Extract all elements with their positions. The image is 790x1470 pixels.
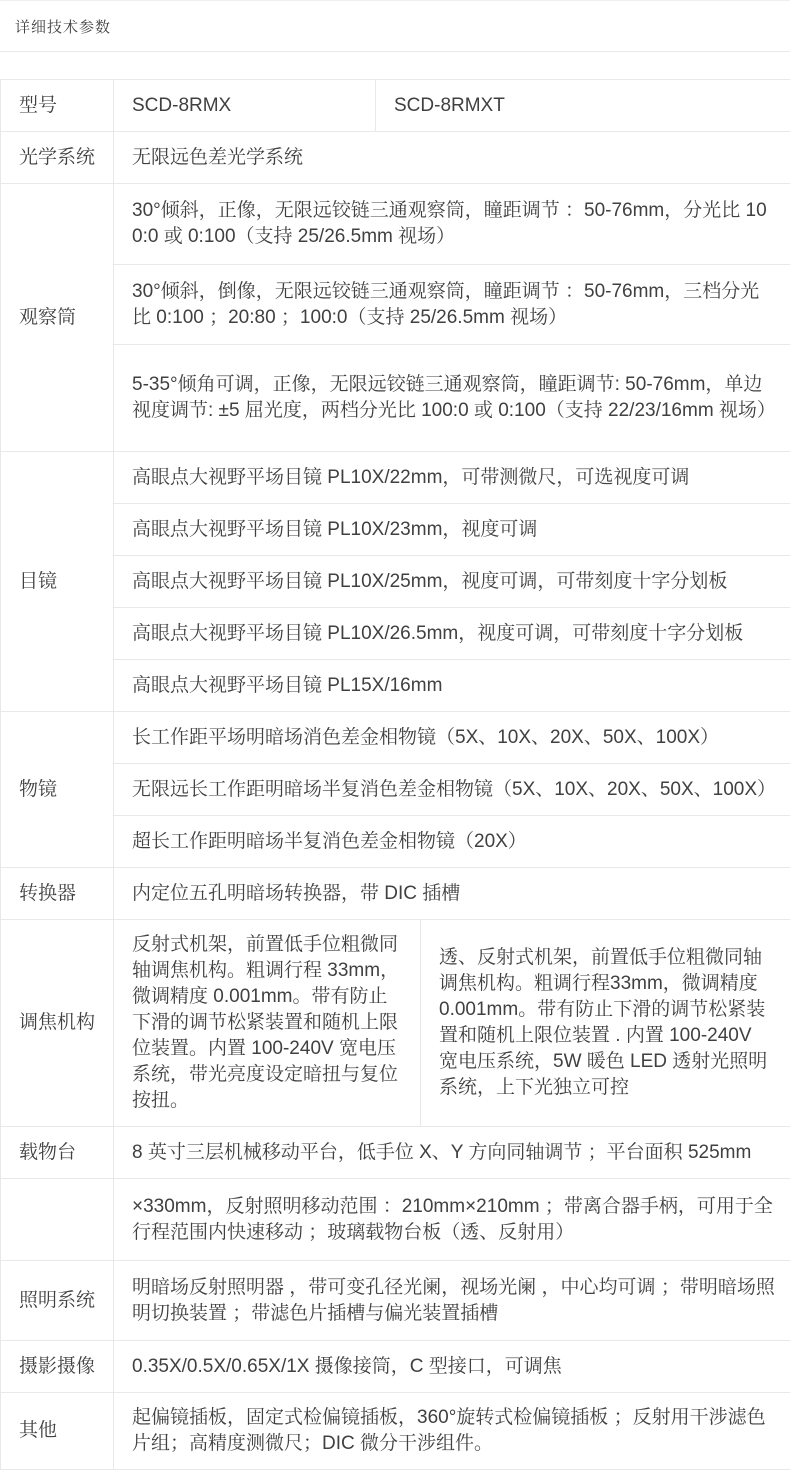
spec-row-camera: 摄影摄像 0.35X/0.5X/0.65X/1X 摄像接筒，C 型接口，可调焦: [1, 1341, 790, 1393]
spec-row-objective-2: 无限远长工作距明暗场半复消色差金相物镜（5X、10X、20X、50X、100X）: [1, 764, 790, 816]
nosepiece-value: 内定位五孔明暗场转换器，带 DIC 插槽: [114, 868, 790, 920]
spec-label-optical-system: 光学系统: [1, 132, 114, 184]
illumination-value: 明暗场反射照明器 ，带可变孔径光阑，视场光阑 ，中心均可调 ；带明暗场照明切换装…: [114, 1261, 790, 1341]
objective-item-3: 超长工作距明暗场半复消色差金相物镜（20X）: [114, 816, 790, 868]
stage-row-2: ×330mm，反射照明移动范围 ：210mm×210mm ；带离合器手柄，可用于…: [114, 1179, 790, 1261]
spec-label-illumination: 照明系统: [1, 1261, 114, 1341]
spec-row-stage-2: ×330mm，反射照明移动范围 ：210mm×210mm ；带离合器手柄，可用于…: [1, 1179, 790, 1261]
focusing-column-scd-8rmx: 反射式机架，前置低手位粗微同轴调焦机构。粗调行程 33mm，微调精度 0.001…: [114, 920, 421, 1127]
spec-row-focusing: 调焦机构 反射式机架，前置低手位粗微同轴调焦机构。粗调行程 33mm，微调精度 …: [1, 920, 790, 1127]
spec-row-objective-1: 物镜 长工作距平场明暗场消色差金相物镜（5X、10X、20X、50X、100X）: [1, 712, 790, 764]
spec-label-stage: 载物台: [1, 1127, 114, 1179]
spec-row-observation-tube-2: 30°倾斜，倒像，无限远铰链三通观察筒，瞳距调节 ：50-76mm，三档分光比 …: [1, 265, 790, 345]
spec-label-nosepiece: 转换器: [1, 868, 114, 920]
spec-row-observation-tube-3: 5-35°倾角可调，正像，无限远铰链三通观察筒，瞳距调节: 50-76mm，单边…: [1, 345, 790, 452]
spec-label-model: 型号: [1, 80, 114, 132]
spec-row-eyepiece-4: 高眼点大视野平场目镜 PL10X/26.5mm，视度可调，可带刻度十字分划板: [1, 608, 790, 660]
model-value-scd-8rmx: SCD-8RMX: [114, 80, 376, 132]
objective-item-2: 无限远长工作距明暗场半复消色差金相物镜（5X、10X、20X、50X、100X）: [114, 764, 790, 816]
spec-row-other: 其他 起偏镜插板，固定式检偏镜插板，360°旋转式检偏镜插板 ；反射用干涉滤色片…: [1, 1393, 790, 1470]
spec-label-other: 其他: [1, 1393, 114, 1470]
spec-row-eyepiece-5: 高眼点大视野平场目镜 PL15X/16mm: [1, 660, 790, 712]
eyepiece-item-4: 高眼点大视野平场目镜 PL10X/26.5mm，视度可调，可带刻度十字分划板: [114, 608, 790, 660]
page-title-bar: 详细技术参数: [0, 0, 790, 52]
camera-value: 0.35X/0.5X/0.65X/1X 摄像接筒，C 型接口，可调焦: [114, 1341, 790, 1393]
spec-label-camera: 摄影摄像: [1, 1341, 114, 1393]
spec-row-eyepiece-3: 高眼点大视野平场目镜 PL10X/25mm，视度可调，可带刻度十字分划板: [1, 556, 790, 608]
spec-row-model: 型号 SCD-8RMX SCD-8RMXT: [1, 80, 790, 132]
spec-label-objective: 物镜: [1, 712, 114, 868]
eyepiece-item-1: 高眼点大视野平场目镜 PL10X/22mm，可带测微尺，可选视度可调: [114, 452, 790, 504]
spec-label-observation-tube: 观察筒: [1, 184, 114, 452]
other-value: 起偏镜插板，固定式检偏镜插板，360°旋转式检偏镜插板 ；反射用干涉滤色片组；高…: [114, 1393, 790, 1470]
spec-row-eyepiece-1: 目镜 高眼点大视野平场目镜 PL10X/22mm，可带测微尺，可选视度可调: [1, 452, 790, 504]
page-title: 详细技术参数: [15, 16, 111, 37]
spec-row-illumination: 照明系统 明暗场反射照明器 ，带可变孔径光阑，视场光阑 ，中心均可调 ；带明暗场…: [1, 1261, 790, 1341]
eyepiece-item-3: 高眼点大视野平场目镜 PL10X/25mm，视度可调，可带刻度十字分划板: [114, 556, 790, 608]
objective-item-1: 长工作距平场明暗场消色差金相物镜（5X、10X、20X、50X、100X）: [114, 712, 790, 764]
spec-row-objective-3: 超长工作距明暗场半复消色差金相物镜（20X）: [1, 816, 790, 868]
stage-row-1: 8 英寸三层机械移动平台，低手位 X、Y 方向同轴调节 ；平台面积 525mm: [114, 1127, 790, 1179]
observation-tube-item-3: 5-35°倾角可调，正像，无限远铰链三通观察筒，瞳距调节: 50-76mm，单边…: [114, 345, 790, 452]
eyepiece-item-5: 高眼点大视野平场目镜 PL15X/16mm: [114, 660, 790, 712]
model-value-scd-8rmxt: SCD-8RMXT: [376, 80, 790, 132]
spec-row-nosepiece: 转换器 内定位五孔明暗场转换器，带 DIC 插槽: [1, 868, 790, 920]
observation-tube-item-2: 30°倾斜，倒像，无限远铰链三通观察筒，瞳距调节 ：50-76mm，三档分光比 …: [114, 265, 790, 345]
spec-label-focusing: 调焦机构: [1, 920, 114, 1127]
optical-system-value: 无限远色差光学系统: [114, 132, 790, 184]
spec-label-stage-empty: [1, 1179, 114, 1261]
spec-row-stage-1: 载物台 8 英寸三层机械移动平台，低手位 X、Y 方向同轴调节 ；平台面积 52…: [1, 1127, 790, 1179]
spec-row-observation-tube-1: 观察筒 30°倾斜，正像，无限远铰链三通观察筒，瞳距调节 ：50-76mm，分光…: [1, 184, 790, 265]
spec-table: 型号 SCD-8RMX SCD-8RMXT 光学系统 无限远色差光学系统 观察筒…: [0, 79, 790, 1470]
spec-label-eyepiece: 目镜: [1, 452, 114, 712]
observation-tube-item-1: 30°倾斜，正像，无限远铰链三通观察筒，瞳距调节 ：50-76mm，分光比 10…: [114, 184, 790, 265]
eyepiece-item-2: 高眼点大视野平场目镜 PL10X/23mm，视度可调: [114, 504, 790, 556]
focusing-column-scd-8rmxt: 透、反射式机架，前置低手位粗微同轴调焦机构。粗调行程33mm，微调精度 0.00…: [421, 920, 790, 1127]
spec-row-optical-system: 光学系统 无限远色差光学系统: [1, 132, 790, 184]
spec-row-eyepiece-2: 高眼点大视野平场目镜 PL10X/23mm，视度可调: [1, 504, 790, 556]
